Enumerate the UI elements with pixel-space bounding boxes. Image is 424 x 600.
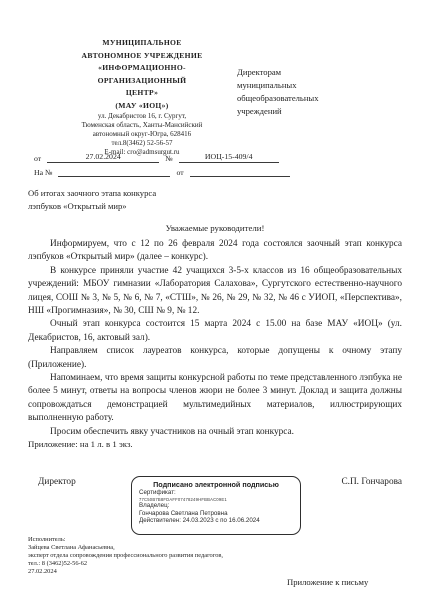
executor-label: Исполнитель: xyxy=(28,536,223,544)
org-name-line: МУНИЦИПАЛЬНОЕ xyxy=(30,37,254,50)
outgoing-date-label: от xyxy=(34,154,47,163)
executor-line: эксперт отдела сопровождения профессиона… xyxy=(28,552,223,560)
executor-line: тел.: 8 (3462)52-56-62 xyxy=(28,560,223,568)
attachment-note: Приложение: на 1 л. в 1 экз. xyxy=(28,439,133,449)
org-name-line: «ИНФОРМАЦИОННО- xyxy=(30,62,254,75)
subject-line: Об итогах заочного этапа конкурса xyxy=(28,187,258,200)
appendix-note: Приложение к письму xyxy=(287,577,368,587)
org-name-line: (МАУ «ИОЦ») xyxy=(30,100,254,113)
subject-line: лэпбуков «Открытый мир» xyxy=(28,200,258,213)
org-name-block: МУНИЦИПАЛЬНОЕ АВТОНОМНОЕ УЧРЕЖДЕНИЕ «ИНФ… xyxy=(30,37,254,113)
document-page: МУНИЦИПАЛЬНОЕ АВТОНОМНОЕ УЧРЕЖДЕНИЕ «ИНФ… xyxy=(0,0,424,600)
outgoing-number-label: № xyxy=(159,154,178,163)
addressee-line: Директорам xyxy=(237,66,397,79)
org-address-line: тел.8(3462) 52-56-57 xyxy=(30,139,254,148)
validity-line: Действителен: 24.03.2023 с по 16.06.2024 xyxy=(139,517,293,525)
esign-stamp: Подписано электронной подписью Сертифика… xyxy=(131,476,301,535)
addressee-block: Директорам муниципальных общеобразовател… xyxy=(237,66,397,118)
org-address-line: автономный округ-Югра, 628416 xyxy=(30,130,254,139)
salutation: Уважаемые руководители! xyxy=(28,223,402,233)
owner-value: Гончарова Светлана Петровна xyxy=(139,510,293,518)
org-name-line: АВТОНОМНОЕ УЧРЕЖДЕНИЕ xyxy=(30,50,254,63)
outgoing-number-field: ИОЦ-15-409/4 xyxy=(179,151,279,163)
owner-label: Владелец: xyxy=(139,502,293,510)
incoming-date-label: от xyxy=(170,168,189,177)
addressee-line: учреждений xyxy=(237,105,397,118)
incoming-number-label: На № xyxy=(34,168,58,177)
reference-fields: от 27.02.2024 № ИОЦ-15-409/4 На № от xyxy=(34,149,302,177)
signature-name: С.П. Гончарова xyxy=(341,477,402,487)
executor-line: Зайцева Светлана Афанасьевна, xyxy=(28,544,223,552)
signature-position: Директор xyxy=(28,477,76,487)
body-paragraph: Очный этап конкурса состоится 15 марта 2… xyxy=(28,318,402,345)
body-paragraph: Информируем, что с 12 по 26 февраля 2024… xyxy=(28,238,402,265)
letter-body: Информируем, что с 12 по 26 февраля 2024… xyxy=(28,238,402,439)
esign-stamp-title: Подписано электронной подписью xyxy=(139,480,293,489)
incoming-ref-row: На № от xyxy=(34,163,302,177)
subject-block: Об итогах заочного этапа конкурса лэпбук… xyxy=(28,187,258,212)
executor-block: Исполнитель: Зайцева Светлана Афанасьевн… xyxy=(28,536,223,576)
org-name-line: ОРГАНИЗАЦИОННЫЙ xyxy=(30,75,254,88)
body-paragraph: Направляем список лауреатов конкурса, ко… xyxy=(28,345,402,372)
org-address-line: Тюменская область, Ханты-Мансийский xyxy=(30,121,254,130)
outgoing-date-field: 27.02.2024 xyxy=(47,151,159,163)
cert-label: Сертификат: xyxy=(139,489,293,497)
addressee-line: муниципальных xyxy=(237,79,397,92)
executor-line: 27.02.2024 xyxy=(28,568,223,576)
outgoing-ref-row: от 27.02.2024 № ИОЦ-15-409/4 xyxy=(34,149,302,163)
incoming-date-field xyxy=(190,165,290,177)
body-paragraph: Напоминаем, что время защиты конкурсной … xyxy=(28,372,402,426)
body-paragraph: В конкурсе приняли участие 42 учащихся 3… xyxy=(28,265,402,319)
body-paragraph: Просим обеспечить явку участников на очн… xyxy=(28,426,402,439)
org-address-line: ул. Декабристов 16, г. Сургут, xyxy=(30,112,254,121)
incoming-number-field xyxy=(58,165,170,177)
addressee-line: общеобразовательных xyxy=(237,92,397,105)
org-name-line: ЦЕНТР» xyxy=(30,87,254,100)
